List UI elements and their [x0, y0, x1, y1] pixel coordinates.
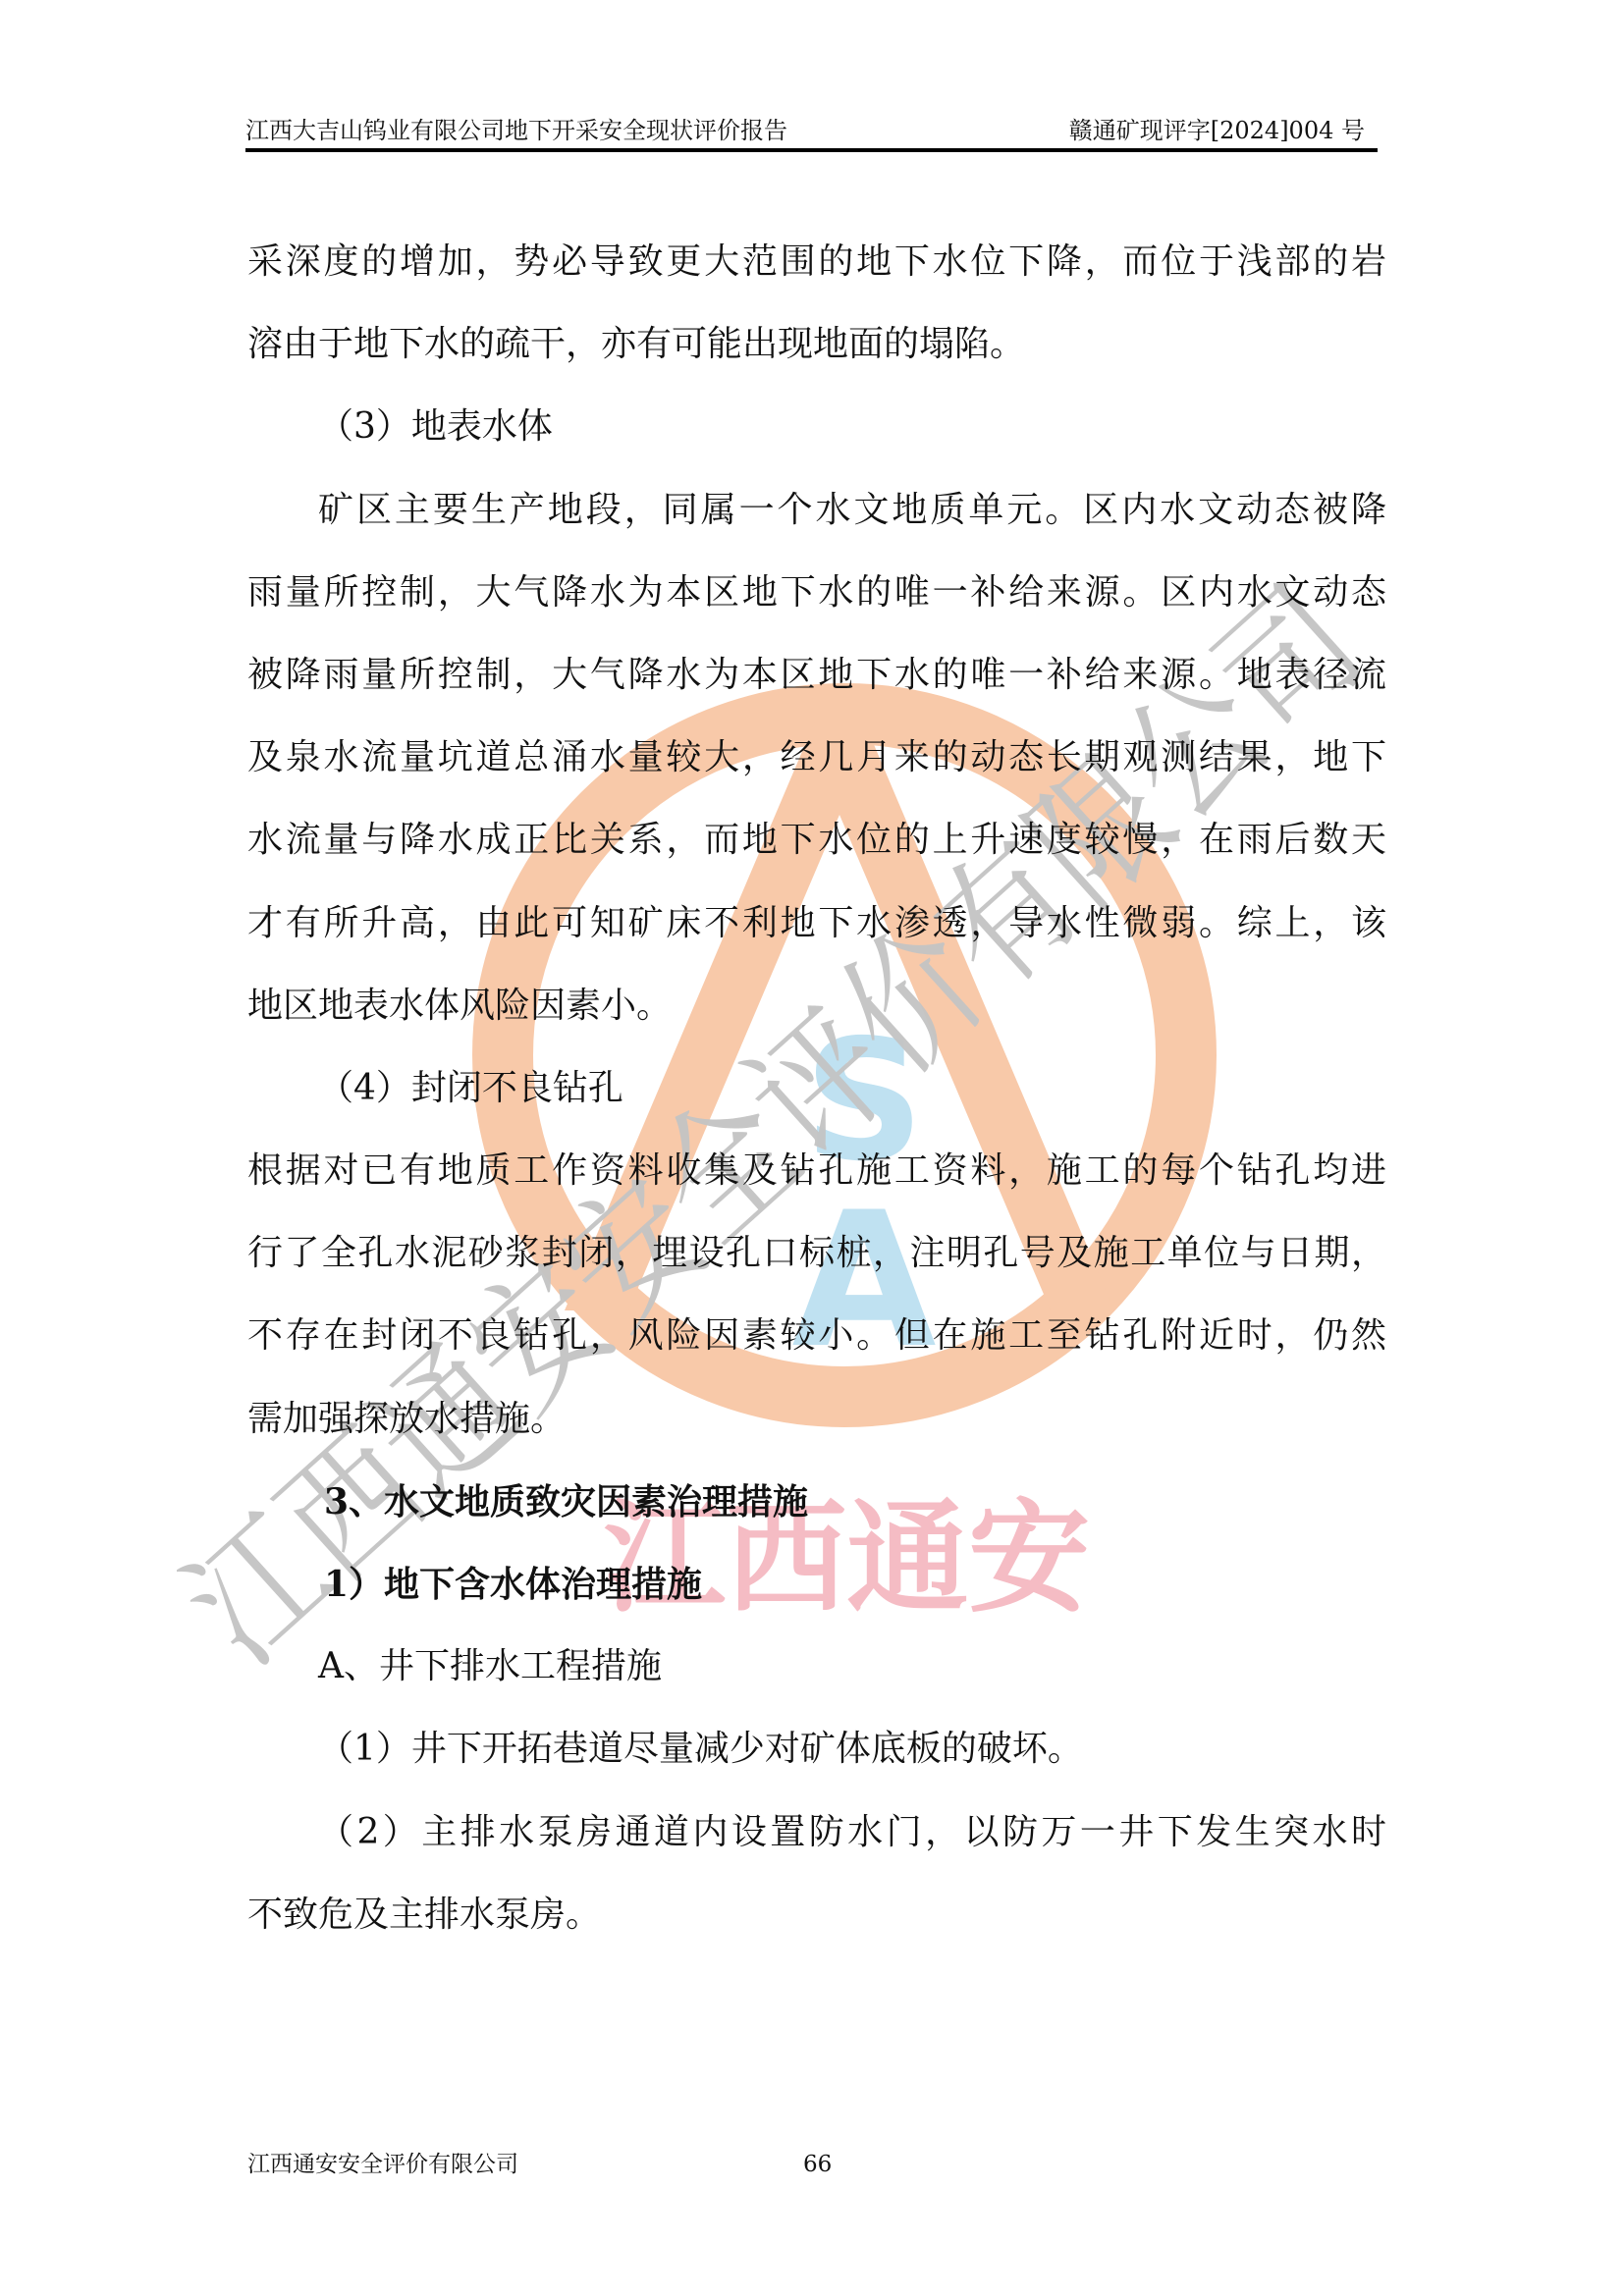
body-line: A、井下排水工程措施: [247, 1626, 1386, 1708]
body-line: 根据对已有地质工作资料收集及钻孔施工资料，施工的每个钻孔均进: [247, 1130, 1386, 1212]
body-line: （2）主排水泵房通道内设置防水门，以防万一井下发生突水时: [247, 1791, 1386, 1874]
section-heading: 3、水文地质致灾因素治理措施: [247, 1461, 1386, 1543]
body-line: 雨量所控制，大气降水为本区地下水的唯一补给来源。区内水文动态: [247, 552, 1386, 634]
body-line: （4）封闭不良钻孔: [247, 1047, 1386, 1130]
body-line: 需加强探放水措施。: [247, 1378, 1386, 1461]
body-line: 不致危及主排水泵房。: [247, 1874, 1386, 1956]
body-line: （1）井下开拓巷道尽量减少对矿体底板的破坏。: [247, 1708, 1386, 1790]
body-line: 不存在封闭不良钻孔，风险因素较小。但在施工至钻孔附近时，仍然: [247, 1295, 1386, 1377]
body-line: 采深度的增加，势必导致更大范围的地下水位下降，而位于浅部的岩: [247, 221, 1386, 303]
header-divider: [245, 148, 1378, 152]
body-line: 被降雨量所控制，大气降水为本区地下水的唯一补给来源。地表径流: [247, 634, 1386, 717]
body-line: 及泉水流量坑道总涌水量较大，经几月来的动态长期观测结果，地下: [247, 717, 1386, 799]
report-title-header: 江西大吉山钨业有限公司地下开采安全现状评价报告: [245, 116, 787, 145]
body-line: 行了全孔水泥砂浆封闭，埋设孔口标桩，注明孔号及施工单位与日期，: [247, 1212, 1386, 1295]
page-number: 66: [803, 2150, 832, 2179]
body-line: 水流量与降水成正比关系，而地下水位的上升速度较慢，在雨后数天: [247, 799, 1386, 881]
body-line: （3）地表水体: [247, 386, 1386, 468]
section-heading: 1）地下含水体治理措施: [247, 1543, 1386, 1626]
body-line: 才有所升高，由此可知矿床不利地下水渗透，导水性微弱。综上，该: [247, 882, 1386, 965]
document-page: S A 江西通安 江西通安安全评价有限公司 江西大吉山钨业有限公司地下开采安全现…: [0, 0, 1624, 2296]
footer-company: 江西通安安全评价有限公司: [247, 2150, 518, 2179]
body-line: 溶由于地下水的疏干，亦有可能出现地面的塌陷。: [247, 303, 1386, 386]
document-number: 赣通矿现评字[2024]004 号: [1069, 116, 1365, 145]
body-line: 地区地表水体风险因素小。: [247, 965, 1386, 1047]
body-line: 矿区主要生产地段，同属一个水文地质单元。区内水文动态被降: [247, 469, 1386, 552]
body-text: 采深度的增加，势必导致更大范围的地下水位下降，而位于浅部的岩溶由于地下水的疏干，…: [247, 221, 1386, 1956]
